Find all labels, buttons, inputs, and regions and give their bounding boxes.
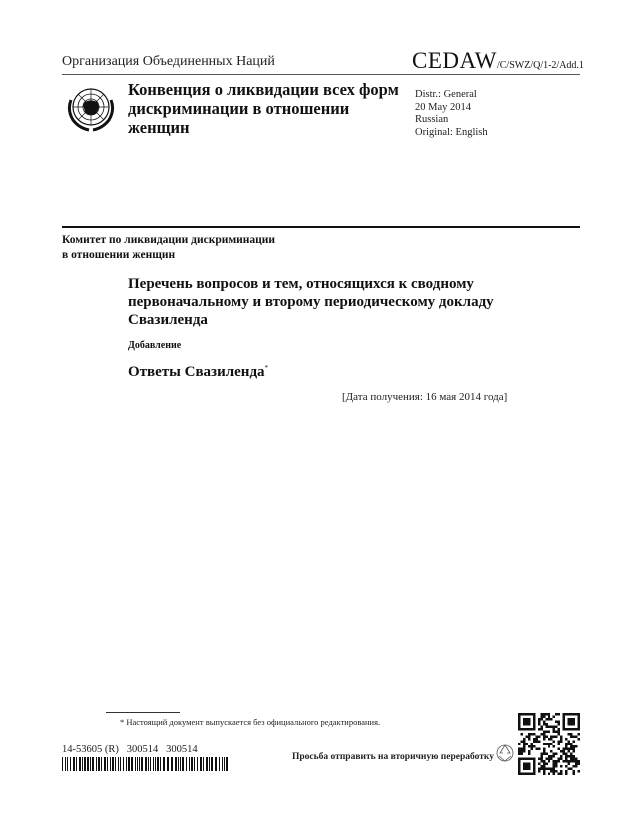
recycle-icon [496,742,514,764]
distribution-block: Distr.: General 20 May 2014 Russian Orig… [415,89,488,139]
symbol-main: CEDAW [412,48,497,73]
replies-title: Ответы Свазиленда* [128,364,268,381]
barcode-icon [62,757,228,771]
committee-name: Комитет по ликвидации дискриминации в от… [62,233,275,263]
recycle-text: Просьба отправить на вторичную переработ… [292,752,494,762]
un-emblem-icon [63,80,119,136]
addendum-label: Добавление [128,340,181,351]
organization-name: Организация Объединенных Наций [62,54,275,70]
footnote-text: * Настоящий документ выпускается без офи… [120,717,380,727]
header-rule [62,74,580,75]
footnote-rule [106,712,180,713]
document-number: 14-53605 (R) 300514 300514 [62,744,198,755]
qr-code-icon [518,713,580,775]
document-symbol: CEDAW/C/SWZ/Q/1-2/Add.1 [412,48,584,74]
replies-title-text: Ответы Свазиленда [128,364,265,380]
committee-line-1: Комитет по ликвидации дискриминации [62,233,275,248]
distr-language: Russian [415,114,488,127]
date-received: [Дата получения: 16 мая 2014 года] [342,391,507,403]
distr-status: Distr.: General [415,89,488,102]
symbol-suffix: /C/SWZ/Q/1-2/Add.1 [497,60,584,71]
committee-line-2: в отношении женщин [62,248,275,263]
distr-original: Original: English [415,127,488,140]
footnote-marker: * [265,364,269,372]
treaty-body-title: Конвенция о ликвидации всех форм дискрим… [128,80,408,137]
section-rule [62,226,580,228]
distr-date: 20 May 2014 [415,102,488,115]
document-title: Перечень вопросов и тем, относящихся к с… [128,275,548,329]
